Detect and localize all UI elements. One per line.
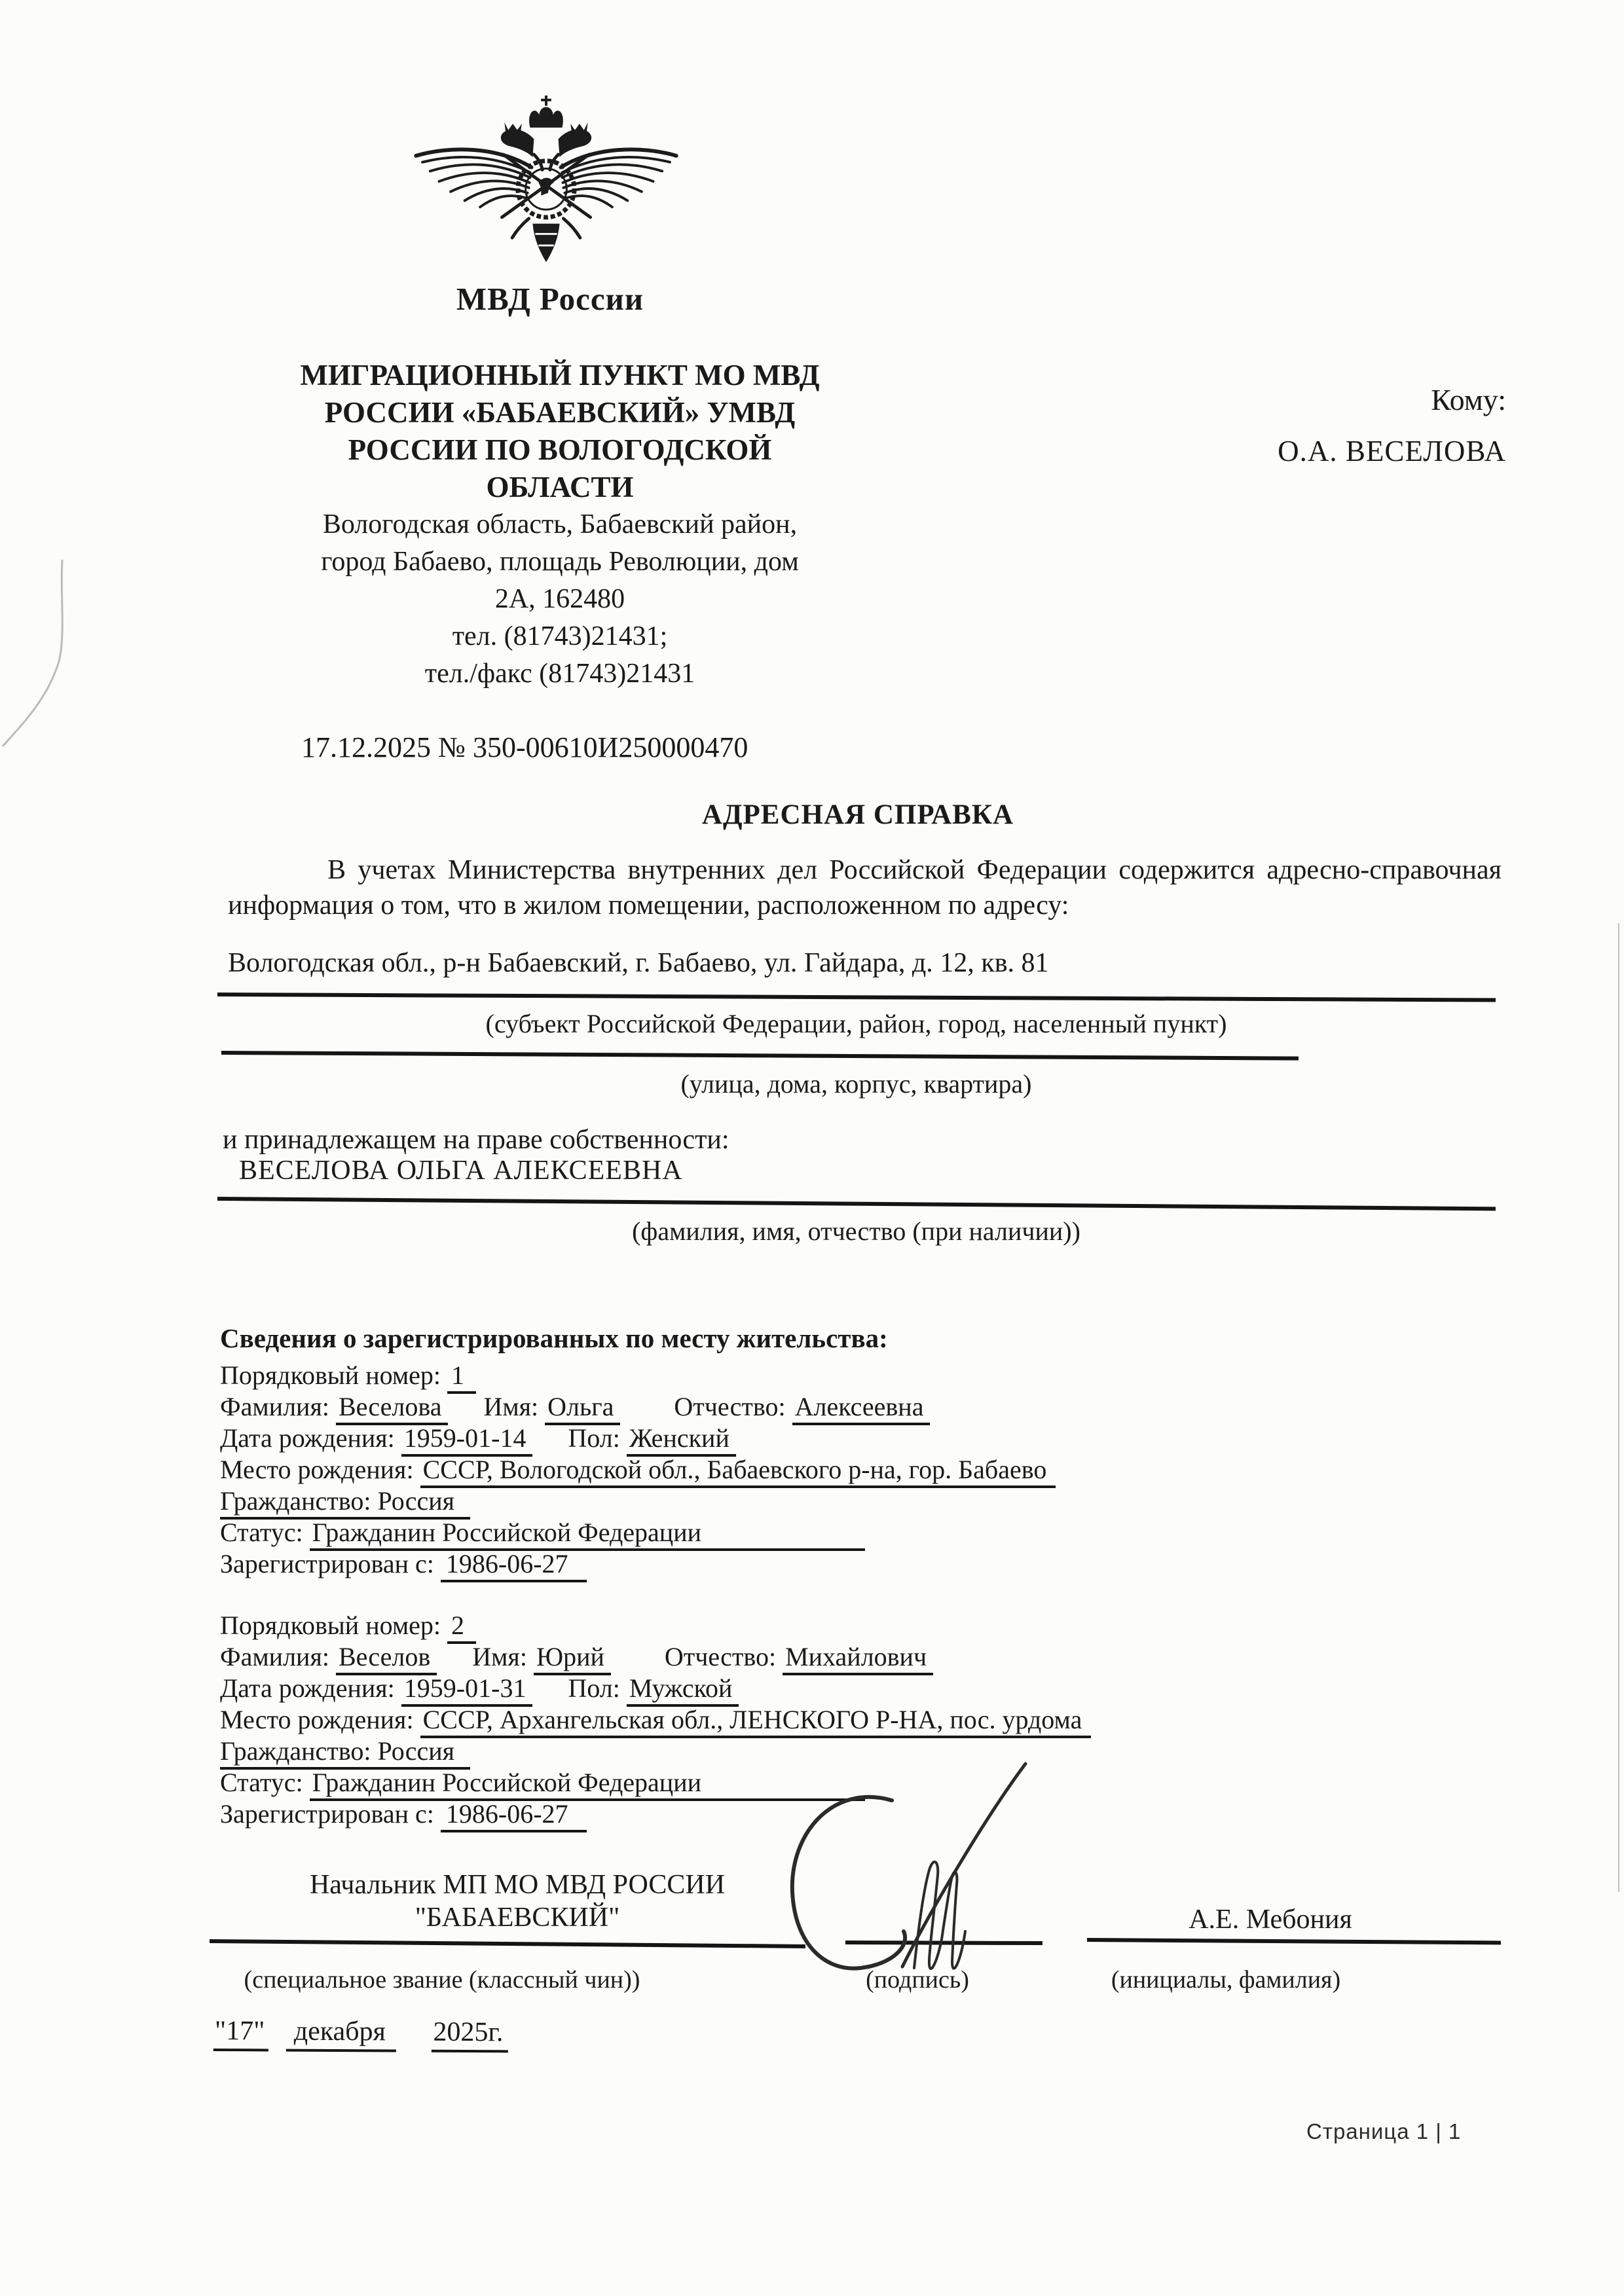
field-value: 1986-06-27 [441,1799,587,1832]
field-value: 1986-06-27 [441,1549,587,1582]
field-label: Зарегистрирован с: [220,1549,434,1578]
position-signature-line [210,1939,805,1948]
record-row-birthplace: Место рождения: СССР, Вологодской обл., … [220,1454,1366,1485]
field-value: СССР, Архангельская обл., ЛЕНСКОГО Р-НА,… [420,1705,1092,1738]
document-date-number: 17.12.2025 № 350-00610И250000470 [301,731,748,764]
field-label: Фамилия: [220,1392,329,1421]
sender-org-line: РОССИИ «БАБАЕВСКИЙ» УМВД [252,394,868,431]
sender-org-line: РОССИИ ПО ВОЛОГОДСКОЙ [252,431,868,469]
sender-phone: тел. (81743)21431; [252,618,868,655]
field-label: Место рождения: [220,1455,414,1484]
owner-name: ВЕСЕЛОВА ОЛЬГА АЛЕКСЕЕВНА [239,1155,683,1186]
owner-underline [217,1197,1496,1211]
recipient-label: Кому: [1218,383,1506,417]
address-value: Вологодская обл., р-н Бабаевский, г. Баб… [228,947,1049,979]
field-underlined-group: Гражданство: Россия [220,1486,470,1520]
field-value: Женский [627,1423,736,1457]
record-row-number: Порядковый номер: 2 [220,1610,1366,1641]
scan-artifact-edge-line [1618,923,1619,1892]
field-value: Гражданин Российской Федерации [310,1518,865,1551]
field-underlined-group: Гражданство: Россия [220,1736,470,1770]
sender-org-line: ОБЛАСТИ [252,469,868,506]
name-caption: (инициалы, фамилия) [1088,1965,1363,1994]
record-row-birthdate: Дата рождения: 1959-01-31 Пол: Мужской [220,1673,1366,1704]
field-label: Гражданство: [220,1486,371,1516]
mvd-double-headed-eagle-icon [407,92,685,275]
residents-heading: Сведения о зарегистрированных по месту ж… [220,1322,1366,1354]
address-caption-2: (улица, дома, корпус, квартира) [216,1068,1496,1099]
sender-address-line: 2А, 162480 [252,581,868,618]
field-value: 1959-01-31 [401,1673,533,1707]
field-label: Зарегистрирован с: [220,1799,434,1829]
issue-year: 2025г. [432,2017,508,2053]
sender-org-line: МИГРАЦИОННЫЙ ПУНКТ МО МВД [252,357,868,394]
field-label: Пол: [568,1673,619,1703]
field-label: Отчество: [665,1642,776,1671]
handwritten-signature [753,1735,1080,2010]
field-label: Статус: [220,1768,303,1797]
record-row-name: Фамилия: Веселов Имя: Юрий Отчество: Мих… [220,1641,1366,1673]
field-label: Фамилия: [220,1642,329,1671]
address-caption-1: (субъект Российской Федерации, район, го… [216,1008,1496,1039]
position-caption: (специальное звание (классный чин)) [210,1965,674,1994]
recipient-block: Кому: О.А. ВЕСЕЛОВА [1218,383,1506,468]
field-label: Статус: [220,1518,303,1547]
field-value: СССР, Вологодской обл., Бабаевского р-на… [420,1455,1056,1488]
sender-address-line: город Бабаево, площадь Революции, дом [252,543,868,581]
record-row-birthplace: Место рождения: СССР, Архангельская обл.… [220,1704,1366,1736]
issue-month: декабря [286,2016,396,2052]
field-value: Мужской [627,1673,739,1707]
field-label: Гражданство: [220,1736,371,1766]
field-value: Веселова [336,1392,449,1425]
ownership-label: и принадлежащем на праве собственности: [223,1124,729,1156]
field-label: Порядковый номер: [220,1611,441,1640]
address-underline-2 [221,1051,1299,1061]
field-label: Дата рождения: [220,1423,395,1453]
issue-day: "17" [213,2016,269,2051]
field-label: Место рождения: [220,1705,414,1734]
intro-line: В учетах Министерства внутренних дел Рос… [228,852,1502,888]
field-label: Пол: [568,1423,619,1453]
official-name: А.Е. Мебония [1113,1904,1428,1935]
record-row-birthdate: Дата рождения: 1959-01-14 Пол: Женский [220,1423,1366,1454]
page-number: Страница 1 | 1 [1306,2119,1461,2144]
record-row-name: Фамилия: Веселова Имя: Ольга Отчество: А… [220,1391,1366,1423]
sender-fax: тел./факс (81743)21431 [252,655,868,693]
field-label: Дата рождения: [220,1673,395,1703]
owner-caption: (фамилия, имя, отчество (при наличии)) [216,1216,1496,1247]
sender-block: МИГРАЦИОННЫЙ ПУНКТ МО МВД РОССИИ «БАБАЕВ… [252,357,868,693]
field-label: Имя: [472,1642,527,1671]
field-value: Веселов [336,1642,437,1675]
signer-position: Начальник МП МО МВД РОССИИ "БАБАЕВСКИЙ" [229,1868,805,1934]
record-row-citizenship: Гражданство: Россия [220,1485,1366,1517]
sender-address-line: Вологодская область, Бабаевский район, [252,506,868,543]
signer-position-line: Начальник МП МО МВД РОССИИ [229,1868,805,1901]
record-row-number: Порядковый номер: 1 [220,1360,1366,1391]
intro-paragraph: В учетах Министерства внутренних дел Рос… [228,852,1502,923]
emblem-caption: МВД России [386,280,714,318]
field-value: Россия [377,1736,454,1766]
record-row-registered: Зарегистрирован с: 1986-06-27 [220,1548,1366,1580]
field-value: 1959-01-14 [401,1423,533,1457]
scan-artifact-curve [0,550,85,753]
name-signature-line [1087,1938,1501,1944]
field-value: 2 [447,1611,476,1644]
address-underline-1 [217,993,1496,1002]
field-value: Юрий [534,1642,611,1675]
field-value: Михайлович [783,1642,933,1675]
field-value: Алексеевна [792,1392,931,1425]
field-label: Отчество: [674,1392,785,1421]
scanned-document-page: МВД России МИГРАЦИОННЫЙ ПУНКТ МО МВД РОС… [0,0,1624,2296]
record-row-status: Статус: Гражданин Российской Федерации [220,1517,1366,1548]
resident-record-1: Порядковый номер: 1 Фамилия: Веселова Им… [220,1360,1366,1580]
intro-line: информация о том, что в жилом помещении,… [228,888,1502,923]
field-value: Ольга [545,1392,620,1425]
field-label: Порядковый номер: [220,1360,441,1390]
recipient-name: О.А. ВЕСЕЛОВА [1218,434,1506,468]
field-label: Имя: [483,1392,538,1421]
signer-position-line: "БАБАЕВСКИЙ" [229,1901,805,1934]
document-title: АДРЕСНАЯ СПРАВКА [219,799,1496,831]
issue-date-row: "17" декабря 2025г. [213,2015,509,2048]
field-value: Россия [377,1486,454,1516]
field-value: 1 [447,1360,476,1394]
